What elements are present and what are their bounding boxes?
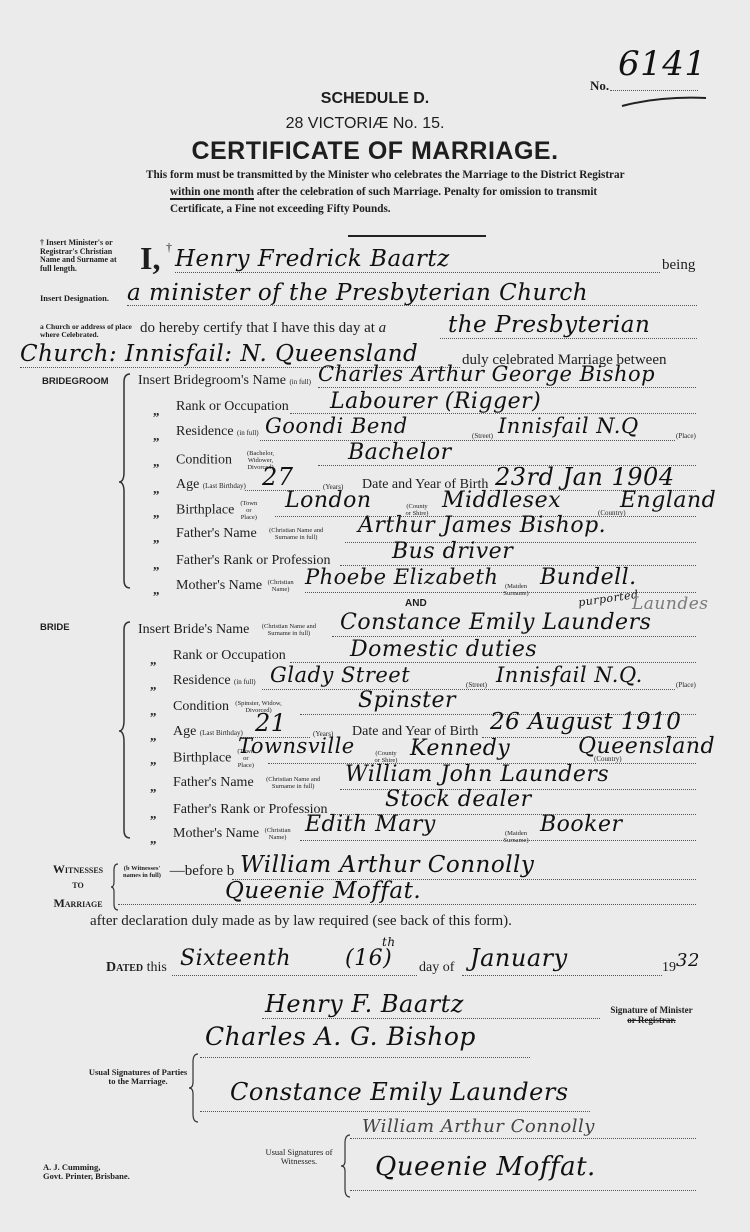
place-intro-text: do hereby certify that I have this day a…	[140, 320, 386, 337]
bridegroom-residence-place: Innisfail N.Q	[498, 414, 639, 438]
dagger-marker: †	[166, 240, 172, 255]
bridegroom-condition: Bachelor	[348, 440, 452, 465]
party-signature-bride-line	[200, 1111, 590, 1112]
marriage-certificate: No. 6141 SCHEDULE D. 28 VICTORIÆ No. 15.…	[0, 0, 750, 1232]
bride-age-label: Age	[173, 724, 196, 739]
town-hint: (Town or Place)	[238, 500, 260, 521]
minister-signature-label-line2: or Registrar.	[604, 1015, 699, 1025]
bridegroom-mother-maiden: Bundell.	[540, 565, 637, 590]
bride-father-rank: Stock dealer	[385, 787, 532, 812]
bride-residence-hint: (in full)	[234, 678, 256, 686]
ditto-mark: „	[150, 728, 157, 744]
minister-signature-label-line1: Signature of Minister	[604, 1005, 699, 1015]
bride-residence-line	[262, 689, 675, 690]
bride-name: Constance Emily Launders	[340, 610, 651, 635]
bride-dob: 26 August 1910	[490, 709, 681, 735]
bridegroom-mother-row: Mother's Name (Christian Name)	[176, 578, 296, 594]
ditto-mark: „	[150, 703, 157, 719]
bridegroom-dob: 23rd Jan 1904	[495, 463, 675, 491]
minister-signature: Henry F. Baartz	[265, 990, 464, 1018]
bridegroom-name: Charles Arthur George Bishop	[318, 362, 655, 386]
designation-line	[127, 305, 697, 306]
bridegroom-mother-label: Mother's Name	[176, 578, 262, 593]
maiden-surname-hint: (Maiden Surname)	[500, 830, 532, 844]
christian-name-hint: (Christian Name)	[263, 827, 293, 841]
ditto-mark: „	[150, 806, 157, 822]
dated-day-words: Sixteenth	[180, 946, 291, 971]
schedule-heading: SCHEDULE D.	[0, 90, 750, 108]
dated-label: Dated	[106, 960, 143, 975]
bride-mother-line	[300, 840, 696, 841]
witnesses-label-3: Marriage	[44, 896, 112, 911]
bride-father-label: Father's Name	[173, 775, 254, 790]
notice-line-3: Certificate, a Fine not exceeding Fifty …	[170, 203, 391, 215]
printer-line-2: Govt. Printer, Brisbane.	[43, 1172, 130, 1181]
bridegroom-residence-line	[260, 440, 675, 441]
dated-month-line	[462, 975, 662, 976]
party-signature-groom-line	[200, 1057, 530, 1058]
bridegroom-name-hint: (in full)	[289, 378, 311, 386]
witness-1-name: William Arthur Connolly	[240, 852, 534, 878]
bridegroom-birth-town: London	[285, 488, 372, 513]
bridegroom-mother-christian: Phoebe Elizabeth	[305, 565, 498, 589]
bridegroom-section-label: BRIDEGROOM	[42, 376, 109, 387]
ditto-mark: „	[150, 652, 157, 668]
bride-age-hint: (Last Birthday)	[200, 729, 243, 737]
bride-age: 21	[255, 709, 287, 737]
bride-residence-label: Residence	[173, 673, 231, 688]
bride-brace-icon	[118, 620, 132, 842]
dated-day-suffix: th	[382, 935, 396, 949]
ditto-mark: „	[153, 428, 160, 444]
before-text: —before b	[170, 863, 235, 879]
bride-name-hint: (Christian Name and Surname in full)	[253, 623, 325, 637]
dated-month: January	[470, 944, 568, 972]
bridegroom-name-row: Insert Bridegroom's Name (in full)	[138, 373, 311, 389]
place-hint: (Place)	[676, 433, 696, 440]
bride-name-label: Insert Bride's Name	[138, 622, 249, 637]
bride-section-label: BRIDE	[40, 622, 70, 633]
bride-birthplace-label: Birthplace	[173, 751, 231, 766]
witness-signature-1-line	[350, 1138, 696, 1139]
bridegroom-residence-row: Residence (in full)	[176, 424, 259, 440]
bride-residence-street: Glady Street	[270, 663, 410, 687]
bridegroom-age-label: Age	[176, 477, 199, 492]
bridegroom-birthplace-label: Birthplace	[176, 503, 234, 518]
ditto-mark: „	[153, 505, 160, 521]
ditto-mark: „	[153, 481, 160, 497]
minister-prefix: I,	[140, 240, 160, 277]
ditto-mark: „	[150, 677, 157, 693]
bride-age-row: Age (Last Birthday)	[173, 724, 243, 740]
bride-birth-country: Queensland	[578, 734, 715, 759]
notice-line-2-rest: after the celebration of such Marriage. …	[257, 186, 597, 198]
witness-2-line	[118, 904, 696, 905]
maiden-surname-hint: (Maiden Surname)	[500, 583, 532, 597]
witnesses-label-2: to	[44, 879, 112, 891]
designation-value: a minister of the Presbyterian Church	[127, 280, 588, 306]
ditto-mark: „	[150, 752, 157, 768]
page-title: CERTIFICATE OF MARRIAGE.	[0, 137, 750, 166]
bride-mother-maiden: Booker	[540, 812, 623, 837]
and-label: AND	[405, 598, 427, 609]
dated-day-number: (16)	[345, 946, 392, 971]
bridegroom-occupation: Labourer (Rigger)	[330, 389, 541, 414]
bridegroom-residence-label: Residence	[176, 424, 234, 439]
bridegroom-birthplace-row: Birthplace (Town or Place)	[176, 500, 260, 521]
witness-signatures-label: Usual Signatures of Witnesses.	[258, 1148, 340, 1166]
bridegroom-age-row: Age (Last Birthday)	[176, 477, 246, 493]
party-signatures-label: Usual Signatures of Parties to the Marri…	[88, 1068, 188, 1086]
designation-margin-note: Insert Designation.	[40, 293, 109, 303]
dated-day-line	[172, 975, 417, 976]
certificate-number-value: 6141	[618, 44, 707, 84]
ditto-mark: „	[150, 779, 157, 795]
place-line-1	[440, 338, 697, 339]
being-text: being	[662, 257, 695, 274]
bride-name-row: Insert Bride's Name (Christian Name and …	[138, 622, 325, 638]
minister-name: Henry Fredrick Baartz	[175, 246, 450, 272]
notice-line-1: This form must be transmitted by the Min…	[146, 169, 625, 181]
witness-signature-2-line	[350, 1190, 696, 1191]
bridegroom-name-label: Insert Bridegroom's Name	[138, 373, 286, 388]
witnesses-hint-row: (b Witnesses' names in full) —before b	[118, 863, 234, 880]
party-signatures-brace-icon	[188, 1052, 200, 1124]
declaration-text: after declaration duly made as by law re…	[90, 913, 512, 930]
place-hint: (Place)	[676, 682, 696, 689]
notice-deadline: within one month	[170, 186, 254, 200]
place-marker: a	[379, 320, 387, 336]
bridegroom-birth-country: England	[620, 488, 716, 513]
witness-2-name: Queenie Moffat.	[225, 878, 421, 904]
ditto-mark: „	[150, 831, 157, 847]
printer-imprint: A. J. Cumming, Govt. Printer, Brisbane.	[43, 1163, 130, 1181]
bridegroom-brace-icon	[118, 372, 132, 592]
day-of-text: day of	[419, 960, 454, 976]
bridegroom-father-rank: Bus driver	[392, 539, 513, 564]
father-hint: (Christian Name and Surname in full)	[260, 527, 332, 541]
witnesses-label-1: Witnesses	[44, 862, 112, 877]
ditto-mark: „	[153, 557, 160, 573]
minister-margin-note: † Insert Minister's or Registrar's Chris…	[40, 239, 130, 273]
bridegroom-age: 27	[262, 463, 294, 491]
separator-rule	[348, 235, 486, 237]
bride-birth-town: Townsville	[238, 734, 355, 758]
notice-line-2: within one month after the celebration o…	[170, 186, 597, 198]
father-hint: (Christian Name and Surname in full)	[257, 776, 329, 790]
dated-year-written: 32	[676, 950, 700, 971]
christian-name-hint: (Christian Name)	[266, 579, 296, 593]
bride-occupation-label: Rank or Occupation	[173, 648, 286, 664]
bride-mother-christian: Edith Mary	[305, 812, 436, 837]
bridegroom-birth-county: Middlesex	[442, 488, 561, 513]
ditto-mark: „	[153, 530, 160, 546]
bride-father: William John Launders	[345, 762, 609, 787]
bridegroom-residence-street: Goondi Bend	[265, 414, 408, 438]
bride-residence-row: Residence (in full)	[173, 673, 256, 689]
street-hint: (Street)	[472, 433, 493, 440]
bridegroom-name-line	[318, 387, 696, 388]
bridegroom-condition-label: Condition	[176, 453, 232, 468]
bridegroom-father-label: Father's Name	[176, 526, 257, 541]
ditto-mark: „	[153, 582, 160, 598]
witness-signature-1: William Arthur Connolly	[362, 1116, 595, 1137]
bridegroom-father: Arthur James Bishop.	[358, 513, 606, 538]
minister-name-line	[175, 272, 660, 273]
bride-condition: Spinster	[358, 688, 456, 713]
bride-condition-label: Condition	[173, 699, 229, 714]
place-margin-note: a Church or address of place where Celeb…	[40, 323, 140, 339]
dated-year-printed: 19	[662, 960, 676, 976]
party-signature-bride: Constance Emily Launders	[230, 1078, 569, 1106]
party-signature-groom: Charles A. G. Bishop	[205, 1022, 476, 1051]
bride-mother-row: Mother's Name (Christian Name)	[173, 826, 293, 842]
bridegroom-father-row: Father's Name (Christian Name and Surnam…	[176, 526, 332, 542]
place-intro: do hereby certify that I have this day a…	[140, 320, 375, 336]
minister-signature-line	[262, 1018, 600, 1019]
ditto-mark: „	[153, 454, 160, 470]
bridegroom-age-hint: (Last Birthday)	[203, 482, 246, 490]
witnesses-hint: (b Witnesses' names in full)	[118, 865, 166, 879]
bride-residence-place: Innisfail N.Q.	[496, 663, 643, 687]
bride-mother-label: Mother's Name	[173, 826, 259, 841]
bride-father-row: Father's Name (Christian Name and Surnam…	[173, 775, 329, 791]
ditto-mark: „	[153, 403, 160, 419]
dated-this: this	[147, 960, 167, 975]
dated-row: Dated this	[106, 960, 167, 976]
bridegroom-occupation-label: Rank or Occupation	[176, 399, 289, 415]
bride-occupation: Domestic duties	[350, 637, 537, 662]
place-value-line1: the Presbyterian	[448, 312, 650, 338]
minister-signature-label: Signature of Minister or Registrar.	[604, 1005, 699, 1025]
bride-birth-county: Kennedy	[410, 736, 510, 761]
bridegroom-residence-hint: (in full)	[237, 429, 259, 437]
act-reference: 28 VICTORIÆ No. 15.	[0, 115, 730, 133]
street-hint: (Street)	[466, 682, 487, 689]
witness-signature-2: Queenie Moffat.	[375, 1152, 596, 1182]
